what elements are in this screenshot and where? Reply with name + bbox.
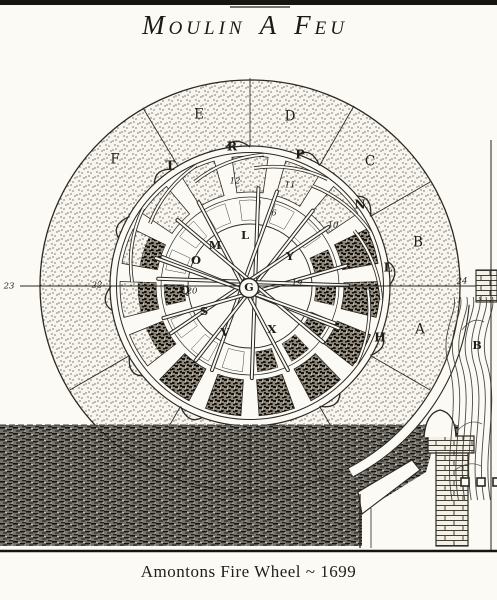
outer-sector-label-D: D (285, 109, 296, 125)
number-label-24: 24 (456, 277, 468, 287)
outer-sector-label-A: A (414, 322, 425, 338)
number-label-11: 11 (285, 181, 296, 191)
hub-label-X: X (268, 322, 277, 336)
outer-sector-label-E: E (194, 107, 204, 123)
vent-square (493, 478, 497, 486)
rim-label-R: R (227, 139, 238, 154)
rim-label-P: P (295, 147, 305, 162)
number-label-10: 10 (328, 221, 339, 231)
number-label-23: 23 (3, 282, 15, 292)
hub-label-V: V (220, 325, 231, 339)
number-label-22: 22 (91, 281, 103, 291)
outer-sector-label-B: B (413, 235, 423, 251)
hub-label-L: L (241, 228, 249, 242)
rim-label-N: N (354, 197, 365, 212)
rim-label-T: T (165, 158, 175, 173)
caption: Amontons Fire Wheel ~ 1699 (0, 562, 497, 582)
hub-label-O: O (191, 253, 201, 267)
outer-sector-label-F: F (110, 152, 119, 168)
chamber-cell-band (138, 282, 159, 313)
number-label-6: 6 (271, 209, 277, 219)
number-label-19: 19 (292, 279, 303, 289)
hub-label-S: S (200, 304, 208, 318)
center-label-G: G (244, 281, 253, 294)
chamber-cell (232, 156, 268, 193)
number-label-20: 20 (186, 287, 198, 297)
vent-square (461, 478, 469, 486)
engraving-plate: MOULINAFEU FEDCBATRPNLHLMOQSVXY121110619… (0, 0, 497, 600)
furnace-label-B: B (472, 339, 481, 352)
number-label-12: 12 (230, 177, 241, 187)
rim-label-L: L (384, 260, 393, 275)
rim-label-H: H (374, 330, 386, 345)
hub-label-M: M (209, 238, 222, 252)
outer-sector-label-C: C (365, 154, 375, 170)
hub-label-Y: Y (285, 249, 295, 263)
fire-wheel-diagram: FEDCBATRPNLHLMOQSVXY12111061920222324BG (0, 0, 497, 600)
vent-square (477, 478, 485, 486)
